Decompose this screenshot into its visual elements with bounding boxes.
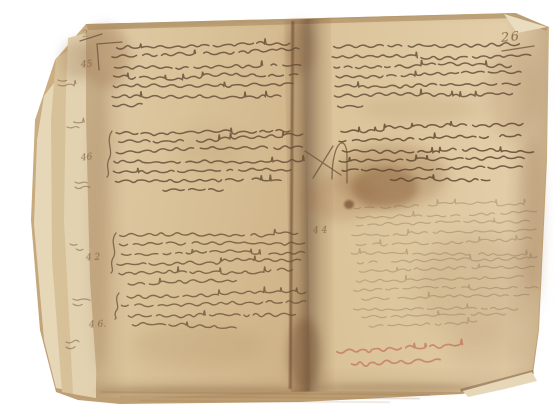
script-line	[114, 155, 304, 164]
edge-mark-stroke	[66, 347, 75, 349]
flourish-stroke	[107, 131, 112, 177]
edge-mark-stroke	[73, 304, 82, 306]
edge-mark-stroke	[70, 244, 84, 245]
script-line	[113, 167, 294, 174]
script-line	[116, 146, 302, 154]
edge-mark-stroke	[75, 186, 90, 188]
script-line	[359, 262, 534, 273]
script-line	[335, 79, 520, 89]
flourish-stroke	[115, 293, 119, 319]
script-line	[128, 277, 236, 285]
edge-mark-stroke	[58, 80, 70, 81]
script-line	[113, 81, 293, 88]
edge-mark-stroke	[76, 249, 83, 250]
fee-note-42: 4 2	[86, 254, 101, 264]
script-line	[163, 188, 223, 192]
left-p2-opening-stroke	[103, 129, 119, 181]
manuscript-photograph: 45464 24 6.4 4 26 2	[0, 0, 555, 416]
script-line	[119, 241, 304, 246]
script-line	[390, 174, 489, 183]
script-line	[112, 90, 281, 100]
edge-ink-mark	[66, 118, 80, 132]
script-line	[352, 226, 537, 237]
script-line	[115, 60, 301, 70]
script-line	[362, 289, 529, 300]
fee-note-45: 45	[81, 61, 93, 71]
script-line	[112, 48, 299, 58]
script-line	[119, 266, 293, 276]
script-line	[338, 105, 363, 107]
fee-note-46b: 4 6.	[89, 321, 107, 331]
left-p3-opening-stroke	[107, 231, 123, 277]
margin-cross-mark	[302, 143, 346, 183]
script-line	[369, 317, 477, 327]
script-line	[356, 272, 523, 283]
script-line	[115, 174, 286, 182]
edge-mark-stroke	[67, 127, 79, 128]
flourish-stroke	[111, 233, 116, 273]
script-line	[121, 300, 305, 306]
script-line	[336, 69, 526, 79]
left-paragraph-2	[113, 125, 310, 206]
script-line	[342, 166, 522, 172]
folio-number: 26	[500, 29, 521, 46]
script-line	[117, 255, 301, 265]
script-line	[119, 132, 303, 144]
fee-note-44: 4 4	[313, 227, 328, 237]
edge-ink-mark	[65, 338, 79, 352]
script-line	[116, 127, 295, 136]
script-line	[113, 103, 142, 106]
flourish-stroke	[97, 42, 122, 70]
script-line	[339, 131, 521, 141]
script-line	[356, 218, 529, 227]
script-line	[128, 310, 295, 318]
right-paragraph-2	[338, 123, 535, 195]
fee-note-46: 46	[81, 153, 93, 163]
script-line	[334, 58, 524, 71]
script-line	[352, 358, 441, 367]
edge-mark-stroke	[75, 182, 87, 183]
stain	[315, 383, 475, 392]
script-line	[356, 208, 536, 219]
right-faded-text	[351, 198, 550, 341]
script-line	[334, 42, 520, 49]
script-line	[121, 248, 304, 255]
script-line	[120, 229, 298, 238]
flourish-stroke	[305, 146, 341, 178]
script-line	[354, 283, 539, 293]
edge-ink-mark	[57, 76, 71, 90]
script-line	[132, 321, 236, 328]
script-line	[351, 244, 527, 260]
script-line	[339, 153, 524, 162]
edge-ink-mark	[72, 295, 86, 309]
edge-ink-mark	[69, 240, 83, 254]
left-paragraph-4	[122, 290, 313, 340]
left-paragraph-3	[118, 229, 311, 299]
script-line	[334, 87, 512, 99]
edge-mark-stroke	[66, 340, 79, 343]
red-ink-inscription	[336, 340, 472, 383]
left-paragraph-1	[112, 40, 304, 121]
edge-ink-mark	[74, 178, 88, 192]
script-line	[114, 71, 298, 81]
flourish-stroke	[502, 46, 534, 51]
left-p4-opening-stroke	[111, 291, 127, 323]
corner-scribble: 2	[81, 29, 89, 41]
script-line	[342, 146, 533, 156]
